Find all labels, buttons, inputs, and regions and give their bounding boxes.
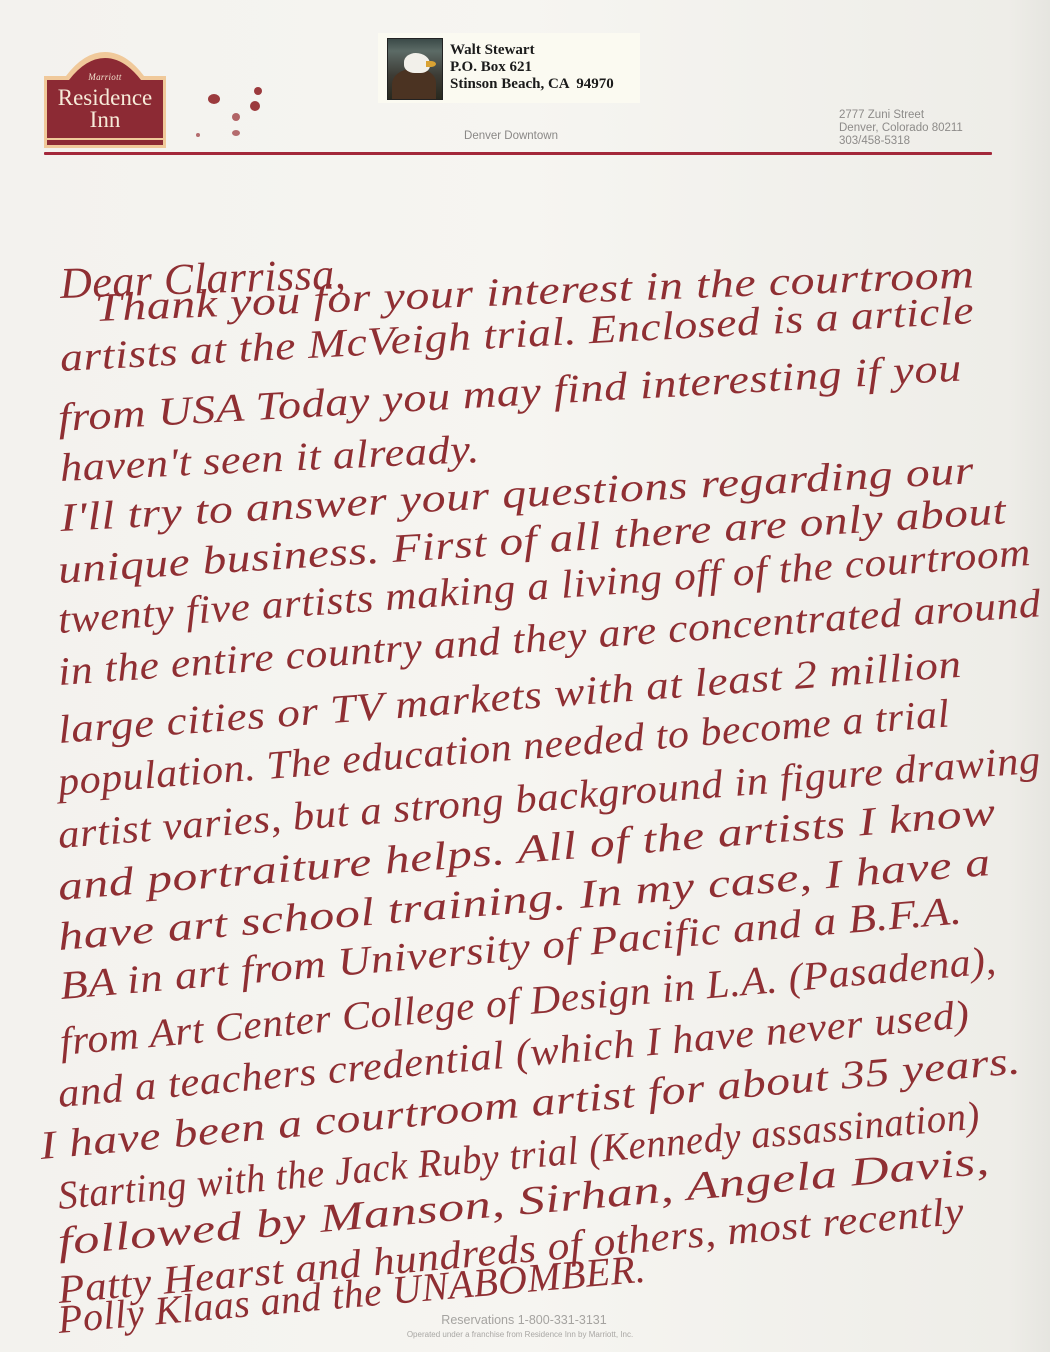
letter-page: Marriott Residence Inn Walt Stewart P.O.… <box>0 0 1050 1352</box>
handwritten-letter: Dear Clarrissa, Thank you for your inter… <box>0 0 1050 1352</box>
franchise-notice: Operated under a franchise from Residenc… <box>0 1330 1050 1339</box>
reservations-line: Reservations 1-800-331-3131 <box>0 1313 1050 1327</box>
